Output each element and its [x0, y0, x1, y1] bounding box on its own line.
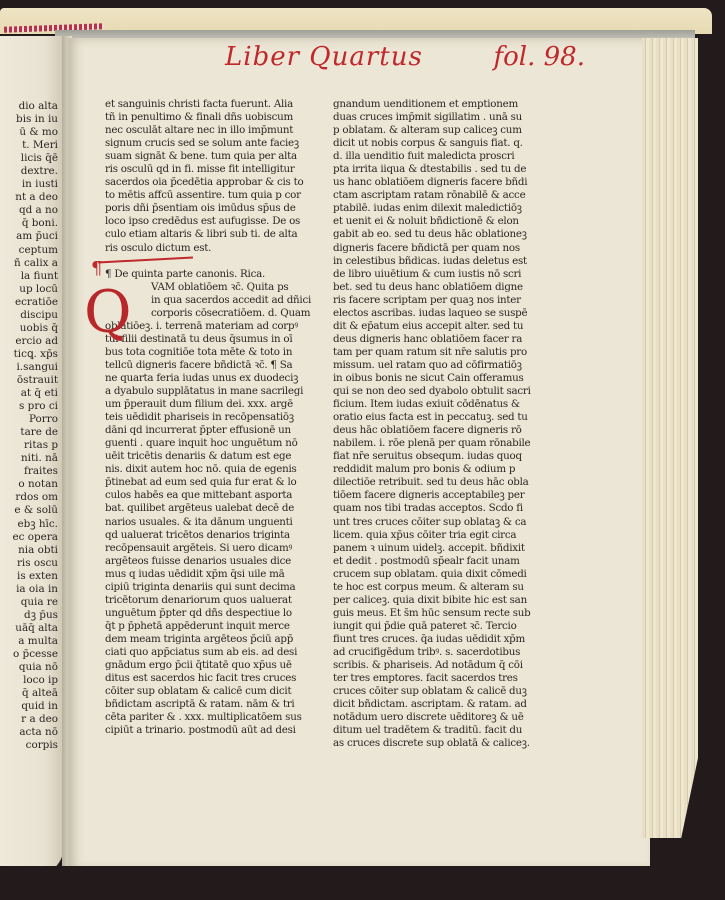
verso-line: tare de — [0, 426, 58, 439]
text-line: d. illa uenditio fuit maledicta proscri — [333, 150, 549, 163]
text-line: recōpensauit argēteis. Si uero dicamꝰ — [105, 542, 321, 555]
text-line: ris facere scriptam per quaꝫ nos inter — [333, 294, 549, 307]
text-line: tellcū digneris facere bñdictā ꝛc̄. ¶ Sa — [105, 359, 321, 372]
text-line: tam per quam ratum sit nr̄e salutis pro — [333, 346, 549, 359]
text-line: ditus est sacerdos hic facit tres cruces — [105, 672, 321, 685]
text-line: VAM oblatiōem ꝛc̄. Quita ps — [105, 281, 321, 294]
text-line: unt tres cruces cōiter sup oblataꝫ & ca — [333, 516, 549, 529]
verso-line: am p̄uci — [0, 230, 58, 243]
text-line: nec osculāt altare nec in illo imp̄munt — [105, 124, 321, 137]
text-line: deus digneris hanc oblatiōem facer ra — [333, 333, 549, 346]
text-line: qd ualuerat tricētos denarios triginta — [105, 529, 321, 542]
text-line: te hoc est corpus meum. & alteram su — [333, 581, 549, 594]
verso-line: ercio ad — [0, 335, 58, 348]
verso-line: Porro — [0, 413, 58, 426]
text-line: uēit tricētis denariis & datum est ege — [105, 450, 321, 463]
verso-line: dextre. — [0, 165, 58, 178]
text-line: bet. sed tu deus hanc oblatiōem digne — [333, 281, 549, 294]
text-line: ris osculū qd in fi. misse fit intelligi… — [105, 163, 321, 176]
verso-line: up locū — [0, 283, 58, 296]
text-line: poris dñi p̄sentiam ois imūdus sp̄us de — [105, 202, 321, 215]
verso-line: ñ calix a — [0, 257, 58, 270]
running-head-title: Liber Quartus — [225, 42, 423, 72]
text-line: in qua sacerdos accedit ad dñici — [105, 294, 321, 307]
text-line: reddidit malum pro bonis & odium p — [333, 463, 549, 476]
text-line: tiōem facere digneris acceptabileꝫ per — [333, 489, 549, 502]
text-line: bñdictam ascriptā & ratam. nām & tri — [105, 698, 321, 711]
verso-line: i.sangui — [0, 361, 58, 374]
rubric-line: ¶¶ De quinta parte canonis. Rica. — [105, 268, 321, 281]
text-line: to mētis affcū assentire. tum quia p cor — [105, 189, 321, 202]
verso-line: q̄ alteā — [0, 687, 58, 700]
text-line: dicit bñdictam. ascriptam. & ratam. ad — [333, 698, 549, 711]
verso-line: t. Meri — [0, 139, 58, 152]
text-line: digneris facere bñdictā per quam nos — [333, 242, 549, 255]
verso-line: licis q̄ē — [0, 152, 58, 165]
verso-line: discipu — [0, 309, 58, 322]
text-line: a dyabulo supplātatus in mane sacrilegi — [105, 385, 321, 398]
verso-line: rdos om — [0, 491, 58, 504]
text-column-b: gnandum uenditionem et emptionemduas cru… — [333, 98, 549, 750]
text-line: pta irrita iiqua & d̄testabilis . sed tu… — [333, 163, 549, 176]
text-line: dicit ut nobis corpus & sanguis fiat. q. — [333, 137, 549, 150]
text-line: mus q iudas uēdidit xp̄m q̄si uile mā — [105, 568, 321, 581]
text-line: ciati quo app̄ciatus sum ab eis. ad desi — [105, 646, 321, 659]
text-line: corporis cōsecratiōem. d. Quam — [105, 307, 321, 320]
verso-page-edge: dio altabis in iuū & mot. Merilicis q̄ēd… — [0, 36, 64, 876]
verso-line: ritas p — [0, 439, 58, 452]
text-line: iungit qui p̄die quā pateret ꝛc̄. Tercio — [333, 620, 549, 633]
text-line: per caliceꝫ. quia dixit bibite hic est s… — [333, 594, 549, 607]
text-line: gnandum uenditionem et emptionem — [333, 98, 549, 111]
verso-line: ec opera — [0, 531, 58, 544]
text-line: fiat nr̄e seruitus obsequm. iudas quoq — [333, 450, 549, 463]
text-line: culos habēs ea que mittebant asporta — [105, 489, 321, 502]
text-line: as cruces discrete sup oblatā & caliceꝫ. — [333, 737, 549, 750]
text-line: um p̄perauit dum filium dei. xxx. argē — [105, 398, 321, 411]
text-line: ris osculo dictum est. — [105, 242, 321, 255]
text-line: missum. uel ratam quo ad cōfirmatiōꝫ — [333, 359, 549, 372]
text-line: et dedit . postmodū sp̄ealr facit unam — [333, 555, 549, 568]
text-line: oratio eius facta est in peccatuꝫ. sed t… — [333, 411, 549, 424]
decorated-initial: Q — [84, 283, 132, 341]
text-line: sacerdos oia p̄cedētia approbar & cis to — [105, 176, 321, 189]
verso-line: e & solū — [0, 504, 58, 517]
text-line: fiunt tres cruces. q̄a iudas uēdidit xp̄… — [333, 633, 549, 646]
verso-line: o p̄cesse — [0, 648, 58, 661]
text-line: guis meus. Et s̄m hūc sensum recte sub — [333, 607, 549, 620]
verso-line: corpis — [0, 739, 58, 752]
verso-line: quid in — [0, 700, 58, 713]
text-line: culo etiam altaris & libri sub ti. de al… — [105, 228, 321, 241]
text-line: electos ascribas. iudas laqueo se suspē — [333, 307, 549, 320]
text-line: de libro uiuētium & cum iustis nō scri — [333, 268, 549, 281]
text-line: ad crucifigēdum tribꝰ. s. sacerdotibus — [333, 646, 549, 659]
verso-line: acta nō — [0, 726, 58, 739]
fore-edge-pages — [642, 38, 698, 838]
text-line: ctam ascriptam ratam rōnabilē & acce — [333, 189, 549, 202]
verso-line: loco ip — [0, 674, 58, 687]
text-line: ficium. Item iudas exiuit cōdēnatus & — [333, 398, 549, 411]
verso-line: nt a deo — [0, 191, 58, 204]
verso-line: ecratiōe — [0, 296, 58, 309]
text-line: dit & ep̄atum eius accepit alter. sed tu — [333, 320, 549, 333]
text-line: in celestibus bñdicas. iudas deletus est — [333, 255, 549, 268]
text-column-a: et sanguinis christi facta fuerunt. Alia… — [105, 98, 321, 737]
text-line: gabit ab eo. sed tu deus hāc oblationeꝫ — [333, 228, 549, 241]
text-line: q̄t p p̄phetā appēderunt inquit merce — [105, 620, 321, 633]
text-line: cēta pariter & . xxx. multiplicatōem sus — [105, 711, 321, 724]
verso-line: o notan — [0, 478, 58, 491]
folio-number: fol. 98. — [494, 42, 585, 72]
verso-line: ris oscu — [0, 557, 58, 570]
text-line: qui se non deo sed dyabolo obtulit sacri — [333, 385, 549, 398]
text-line: signum crucis sed se solum ante facieꝫ — [105, 137, 321, 150]
text-line: in oibus bonis ne sicut Cain offeramus — [333, 372, 549, 385]
verso-line: nia obti — [0, 544, 58, 557]
text-line: argēteos fuisse denarios usuales dice — [105, 555, 321, 568]
text-line: cipiūt a trinario. postmodū aūt ad desi — [105, 724, 321, 737]
text-line: panem ꝛ uinum uidelꝫ. accepit. bñdixit — [333, 542, 549, 555]
text-line: dāni qd incurrerat p̄pter effusionē un — [105, 424, 321, 437]
verso-line: dio alta — [0, 100, 58, 113]
verso-line: dꝫ p̄us — [0, 609, 58, 622]
verso-line: quia nō — [0, 661, 58, 674]
open-book-scene: dio altabis in iuū & mot. Merilicis q̄ēd… — [0, 0, 725, 900]
verso-line: ū & mo — [0, 126, 58, 139]
text-line: et sanguinis christi facta fuerunt. Alia — [105, 98, 321, 111]
text-line: unguētum p̄pter qd dñs despectiue lo — [105, 607, 321, 620]
verso-line: uobis q̄ — [0, 322, 58, 335]
text-line: quam nos tibi tradas acceptos. Scd̄o fi — [333, 502, 549, 515]
pilcrow-icon: ¶ — [91, 262, 102, 275]
text-line: ne quarta feria iudas unus ex duodeciꝫ — [105, 372, 321, 385]
verso-line: ōstrauit — [0, 374, 58, 387]
verso-line: ebꝫ hīc. — [0, 518, 58, 531]
text-line: tñ in penultimo & finali dñs uobiscum — [105, 111, 321, 124]
text-line: ter tres emptores. facit sacerdos tres — [333, 672, 549, 685]
verso-line: at q̄ eti — [0, 387, 58, 400]
text-line: ditum uel tradētem & traditū. facit du — [333, 724, 549, 737]
text-line: deus hāc oblatiōem facere digneris rō — [333, 424, 549, 437]
background-bottom — [0, 866, 725, 900]
text-line: cruces cōiter sup oblatam & calicē duꝫ — [333, 685, 549, 698]
verso-line: bis in iu — [0, 113, 58, 126]
text-line: ptabilē. iudas enim dilexit maledictiōꝫ — [333, 202, 549, 215]
text-line: et uenit ei & noluit bñdictionē & elon — [333, 215, 549, 228]
verso-line: ticꝗ. xp̄s — [0, 348, 58, 361]
text-line: teis uēdidit phariseis in recōpensatiōꝫ — [105, 411, 321, 424]
text-line: oblatiōeꝫ. i. terrenā materiam ad corpꝰ — [105, 320, 321, 333]
verso-line: r a deo — [0, 713, 58, 726]
text-line: bus tota cognitiōe tota mēte & toto in — [105, 346, 321, 359]
text-line: bat. quilibet argēteus ualebat decē de — [105, 502, 321, 515]
verso-line: is exten — [0, 570, 58, 583]
text-line: licem. quia xp̄us cōiter tria egit circa — [333, 529, 549, 542]
text-line: duas cruces imp̄mit sigillatim . unā su — [333, 111, 549, 124]
text-line: scribis. & phariseis. Ad notādum q̄ cōi — [333, 659, 549, 672]
text-line: dilectiōe retribuit. sed tu deus hāc obl… — [333, 476, 549, 489]
text-line: tricētorum denariorum quos ualuerat — [105, 594, 321, 607]
text-line: nis. dixit autem hoc nō. quia de egenis — [105, 463, 321, 476]
text-line: nabilem. i. rōe plenā per quam rōnabile — [333, 437, 549, 450]
text-line: tui filii destinatā tu deus q̄sumus in o… — [105, 333, 321, 346]
verso-line: fraites — [0, 465, 58, 478]
text-line: us hanc oblatiōem digneris facere bñdi — [333, 176, 549, 189]
text-line: crucem sup oblatam. quia dixit cōmedi — [333, 568, 549, 581]
text-line: cipiū triginta denariis qui sunt decima — [105, 581, 321, 594]
verso-line: s pro ci — [0, 400, 58, 413]
verso-line: ceptum — [0, 244, 58, 257]
text-line: notādum uero discrete uēditoreꝫ & uē — [333, 711, 549, 724]
text-line: p oblatam. & alteram sup caliceꝫ cum — [333, 124, 549, 137]
verso-line: la fiunt — [0, 270, 58, 283]
text-line: gnādum ergo p̄cii q̄titatē quo xp̄us uē — [105, 659, 321, 672]
verso-line: niti. nā — [0, 452, 58, 465]
verso-line: a multa — [0, 635, 58, 648]
verso-line: q̄ boni. — [0, 217, 58, 230]
verso-text-fragment: dio altabis in iuū & mot. Merilicis q̄ēd… — [0, 100, 58, 752]
verso-line: in iusti — [0, 178, 58, 191]
verso-line: uāq̄ alta — [0, 622, 58, 635]
verso-line: qd a no — [0, 204, 58, 217]
text-line: suam signāt & bene. tum quia per alta — [105, 150, 321, 163]
text-line: p̄tinebat ad eum sed quia fur erat & lo — [105, 476, 321, 489]
text-line: guenti . quare inquit hoc unguētum nō — [105, 437, 321, 450]
text-line: narios usuales. & ita dānum unguenti — [105, 516, 321, 529]
text-line: loco ipso credēdus est aufugisse. De os — [105, 215, 321, 228]
text-line: cōiter sup oblatam & calicē cum dicit — [105, 685, 321, 698]
verso-line: ia oia in — [0, 583, 58, 596]
verso-line: quia re — [0, 596, 58, 609]
running-head: Liber Quartus fol. 98. — [225, 38, 585, 88]
text-line: dem meam triginta argēteos p̄ciū app̄ — [105, 633, 321, 646]
